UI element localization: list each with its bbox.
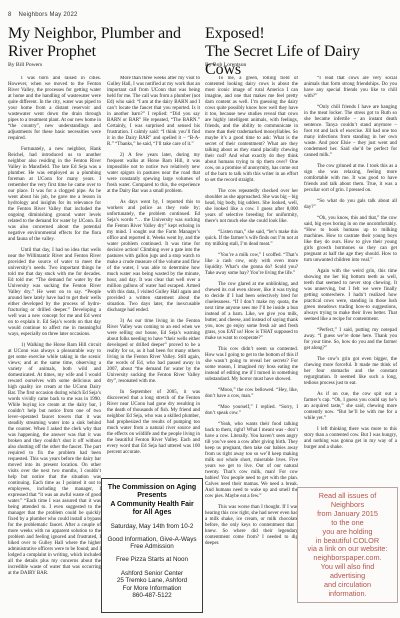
paragraph: The cow’s grin got even bigger, the chew…: [304, 357, 397, 387]
paragraph: 3) As our time living in the Fenton Rive…: [107, 319, 200, 385]
cows-article-title-line2: The Secret Life of Dairy Cows: [205, 43, 399, 79]
ad-line: Ashford Senior Center: [104, 570, 200, 578]
ad-phone-number: 860-487-5122: [104, 592, 200, 600]
promo-line: information.: [298, 590, 397, 599]
ad-line: 25 Tremko Lane, Ashford: [104, 577, 200, 585]
paragraph: “Perfect,” I said, putting my notepad aw…: [304, 328, 397, 352]
cows-article-byline: By Bob Lorentson: [205, 62, 246, 68]
website-promo-box: Read all issues of Neighbors from Januar…: [297, 487, 398, 603]
ad-heading-line: The Commission on Aging: [104, 484, 200, 492]
ad-heading: The Commission on Aging Presents A Commu…: [104, 484, 200, 517]
ad-line: Good Information, Give-A-Ways: [104, 536, 200, 544]
paragraph: In September of 2005, it was discovered …: [107, 390, 200, 456]
ad-location-group: Ashford Senior Center 25 Tremko Lane, As…: [104, 570, 200, 600]
paragraph: This was worse than I thought. If I was …: [205, 505, 298, 547]
paragraph: Again with the weird grin, this time sho…: [304, 269, 397, 323]
river-article-byline: By Bill Powers: [8, 62, 42, 68]
ad-date-line: Saturday, May 14th from 10-2: [104, 523, 200, 531]
paragraph: I left thinking there was more to this s…: [304, 427, 397, 451]
paragraph: More than three weeks after my visit to …: [107, 76, 200, 148]
ad-info-group: Good Information, Give-A-Ways Free Admis…: [104, 536, 200, 551]
paragraph: To me, a green, rolling field of content…: [205, 76, 298, 184]
paragraph: “You’re a milk cow,” I scoffed. “That’s …: [205, 253, 298, 277]
ad-line: For More Information: [104, 585, 200, 593]
ad-heading-line: Presents: [104, 492, 200, 500]
paragraph: “Oh, you know, this and that,” the cow s…: [304, 216, 397, 264]
cows-article-title: Exposed! The Secret Life of Dairy Cows: [205, 25, 399, 79]
ad-pizza-line: Free Pizza Starts at Noon: [104, 556, 200, 564]
paragraph: As days went by, I reported this to work…: [107, 200, 200, 314]
river-article-title: My Neighbor, Plumber and River Prophet: [8, 25, 204, 61]
newspaper-page: 8Neighbors May 2022 My Neighbor, Plumber…: [0, 0, 400, 618]
ad-heading-line: A Community Health Fair: [104, 501, 200, 509]
paragraph: Until that day, I had no idea that wells…: [8, 248, 101, 338]
paragraph: “Only chill friends I have are hanging i…: [304, 105, 397, 159]
page-number: 8: [8, 12, 12, 18]
paragraph: The cow glared at me unblinking, and che…: [205, 282, 298, 342]
page-header: 8Neighbors May 2022: [8, 12, 78, 18]
paragraph: 1) Walking the Horse Barn Hill circuit a…: [8, 343, 101, 577]
ad-heading-line: for All Ages: [104, 509, 200, 517]
cows-article-column-1: To me, a green, rolling field of content…: [205, 76, 298, 604]
paragraph: “Mooo,” the cow bellowed. “Hey, like, do…: [205, 388, 298, 400]
cows-article-title-line1: Exposed!: [205, 25, 399, 43]
paragraph: The cow repeatedly checked over her shou…: [205, 189, 298, 225]
river-article-column-1: I was born and raised in cities. However…: [8, 76, 101, 611]
paragraph: “I read that cows are very social animal…: [304, 76, 397, 100]
paragraph: “Listen man,” she said, “let’s make this…: [205, 230, 298, 248]
paragraph: 2) A few years later, during my frequent…: [107, 153, 200, 195]
cows-article-column-2: “I read that cows are very social animal…: [304, 76, 397, 482]
paragraph: This cow didn’t seem so contented. How w…: [205, 347, 298, 383]
publication-name: Neighbors May 2022: [19, 12, 78, 18]
paragraph: The cow grinned at me. I took this as a …: [304, 164, 397, 194]
river-article-column-2: More than three weeks after my visit to …: [107, 76, 200, 474]
paragraph: Fortunately, a new neighbor, Hank Reiche…: [8, 147, 101, 243]
paragraph: “So what do you gals talk about all day?…: [304, 199, 397, 211]
health-fair-ad: The Commission on Aging Presents A Commu…: [101, 478, 203, 613]
paragraph: “Moo yourself,” I replied. “Sorry, I don…: [205, 405, 298, 417]
paragraph: “Yeah, who wants their food talking back…: [205, 422, 298, 500]
paragraph: As if on cue, the cow spit out a farmer’…: [304, 392, 397, 422]
paragraph: I was born and raised in cities. However…: [8, 76, 101, 142]
ad-line: Free Admission: [104, 543, 200, 551]
